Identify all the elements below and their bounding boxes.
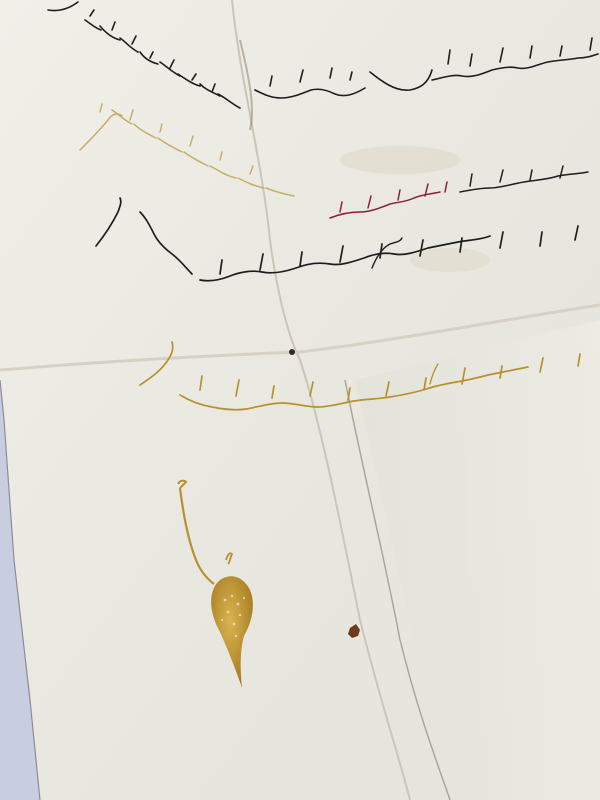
document-photo: Ottoman calligraphic document (photograp… (0, 0, 600, 800)
ink-spot (289, 349, 295, 355)
document-illustration (0, 0, 600, 800)
